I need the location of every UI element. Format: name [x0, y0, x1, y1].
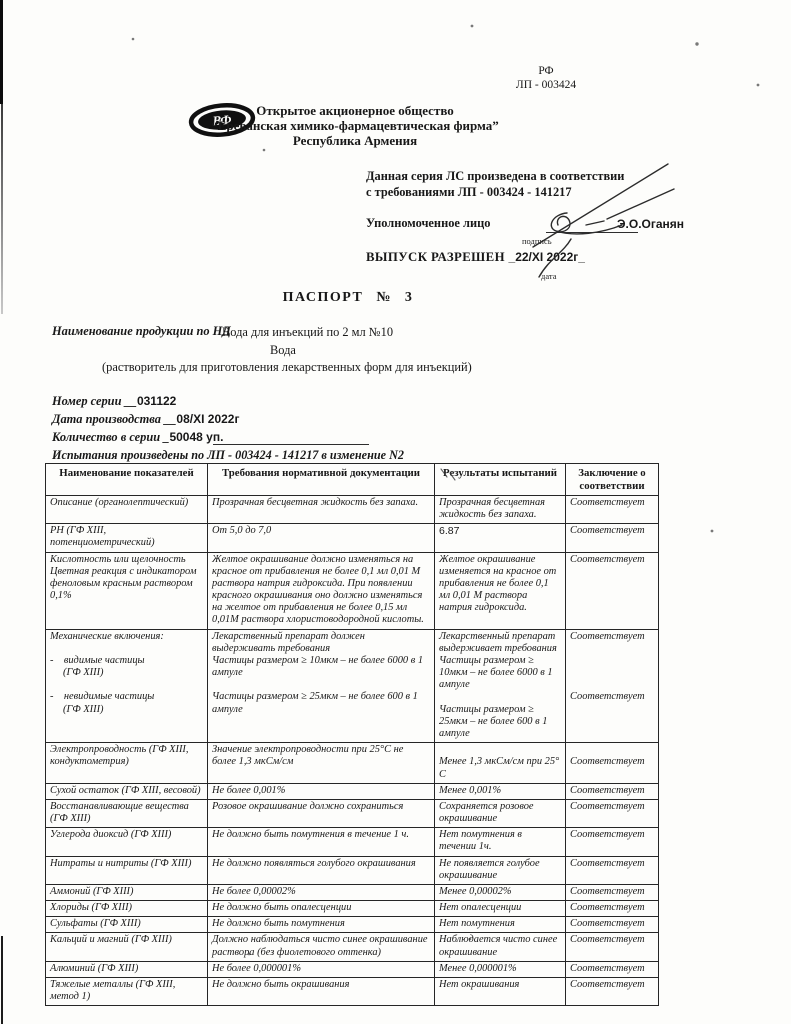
authorized-person-label: Уполномоченное лицо	[366, 216, 490, 231]
table-row: Кислотность или щелочность Цветная реакц…	[46, 552, 659, 629]
registration-number: ЛП - 003424	[490, 78, 602, 92]
quantity-blank-line	[213, 444, 369, 445]
cell-conclusion: Соответствует Соответствует	[566, 629, 659, 743]
signature-caption: подпись	[522, 236, 552, 246]
series-quantity-label: Количество в серии _	[52, 430, 169, 444]
cell-requirement: Прозрачная бесцветная жидкость без запах…	[208, 495, 435, 523]
cell-parameter: РН (ГФ XIII, потенциометрический)	[46, 524, 208, 552]
cell-result: Нет окрашивания	[435, 977, 566, 1005]
cell-conclusion: Соответствует	[566, 743, 659, 784]
product-name-value: Вода для инъекций по 2 мл №10	[222, 325, 393, 340]
cell-result: Нет опалесценции	[435, 901, 566, 917]
cell-conclusion: Соответствует	[566, 495, 659, 523]
cell-requirement: От 5,0 до 7,0	[208, 524, 435, 552]
company-name: “Ереванская химико-фармацевтическая фирм…	[198, 119, 512, 134]
production-date-row: Дата производства __08/XI 2022г	[52, 412, 239, 427]
table-row: Хлориды (ГФ XIII) Не должно быть опалесц…	[46, 901, 659, 917]
table-row: Описание (органолептический) Прозрачная …	[46, 495, 659, 523]
cell-parameter: Механические включения: - видимые частиц…	[46, 629, 208, 743]
cell-result: Лекарственный препарат выдерживает требо…	[435, 629, 566, 743]
company-type: Открытое акционерное общество	[198, 104, 512, 119]
table-row: Электропроводность (ГФ XIII, кондуктомет…	[46, 743, 659, 784]
company-country: Республика Армения	[198, 134, 512, 149]
cell-conclusion: Соответствует	[566, 961, 659, 977]
cell-parameter: Хлориды (ГФ XIII)	[46, 901, 208, 917]
cell-requirement: Не более 0,00002%	[208, 884, 435, 900]
cell-parameter: Аммоний (ГФ XIII)	[46, 884, 208, 900]
certification-line-1: Данная серия ЛС произведена в соответств…	[366, 169, 624, 184]
company-block: Открытое акционерное общество “Ереванска…	[198, 104, 512, 148]
cell-result: Нет помутнения	[435, 917, 566, 933]
cell-result: 6.87	[435, 524, 566, 552]
table-row: Нитраты и нитриты (ГФ XIII) Не должно по…	[46, 856, 659, 884]
cell-conclusion: Соответствует	[566, 901, 659, 917]
scan-edge-artifact-middle	[1, 104, 3, 314]
cell-conclusion: Соответствует	[566, 828, 659, 856]
cell-conclusion: Соответствует	[566, 917, 659, 933]
cell-parameter: Сульфаты (ГФ XIII)	[46, 917, 208, 933]
cell-requirement: Не должно быть окрашивания	[208, 977, 435, 1005]
series-quantity-row: Количество в серии _50048 уп.	[52, 430, 223, 445]
qc-table: Наименование показателей Требования норм…	[45, 463, 659, 1006]
date-caption: дата	[541, 271, 556, 281]
cell-conclusion: Соответствует	[566, 799, 659, 827]
cell-requirement: Должно наблюдаться чисто синее окрашиван…	[208, 933, 435, 961]
batch-number-row: Номер серии __031122	[52, 394, 176, 409]
cell-parameter: Сухой остаток (ГФ XIII, весовой)	[46, 783, 208, 799]
release-date-value: _22/XI 2022г_	[509, 250, 585, 264]
cell-requirement: Желтое окрашивание должно изменяться на …	[208, 552, 435, 629]
cell-result: Менее 0,000001%	[435, 961, 566, 977]
cell-result: Менее 1,3 мкСм/см при 25° С	[435, 743, 566, 784]
table-row: Механические включения: - видимые частиц…	[46, 629, 659, 743]
cell-parameter: Кислотность или щелочность Цветная реакц…	[46, 552, 208, 629]
cell-requirement: Значение электропроводности при 25°С не …	[208, 743, 435, 784]
scan-edge-artifact-bottom	[1, 936, 3, 1024]
table-header-row: Наименование показателей Требования норм…	[46, 464, 659, 496]
signature-line	[546, 232, 638, 233]
table-row: Сульфаты (ГФ XIII) Не должно быть помутн…	[46, 917, 659, 933]
table-row: Тяжелые металлы (ГФ XIII, метод 1) Не до…	[46, 977, 659, 1005]
header-requirement: Требования нормативной документации	[208, 464, 435, 496]
cell-parameter: Описание (органолептический)	[46, 495, 208, 523]
production-date-value: 08/XI 2022г	[176, 412, 239, 426]
cell-parameter: Кальций и магний (ГФ XIII)	[46, 933, 208, 961]
release-label: ВЫПУСК РАЗРЕШЕН	[366, 250, 505, 264]
production-date-label: Дата производства __	[52, 412, 176, 426]
cell-requirement: Не более 0,000001%	[208, 961, 435, 977]
cell-result: Не появляется голубое окрашивание	[435, 856, 566, 884]
cell-result: Прозрачная бесцветная жидкость без запах…	[435, 495, 566, 523]
cell-conclusion: Соответствует	[566, 977, 659, 1005]
cell-result: Менее 0,00002%	[435, 884, 566, 900]
cell-parameter: Восстанавливающие вещества (ГФ XIII)	[46, 799, 208, 827]
registration-region: РФ	[490, 64, 602, 78]
table-row: Восстанавливающие вещества (ГФ XIII) Роз…	[46, 799, 659, 827]
certification-line-2: с требованиями ЛП - 003424 - 141217	[366, 185, 572, 200]
cell-conclusion: Соответствует	[566, 856, 659, 884]
cell-result: Наблюдается чисто синее окрашивание	[435, 933, 566, 961]
qc-table-wrapper: Наименование показателей Требования норм…	[45, 463, 659, 1006]
cell-requirement: Розовое окрашивание должно сохраниться	[208, 799, 435, 827]
cell-conclusion: Соответствует	[566, 933, 659, 961]
cell-conclusion: Соответствует	[566, 552, 659, 629]
table-row: Углерода диоксид (ГФ XIII) Не должно быт…	[46, 828, 659, 856]
cell-parameter: Электропроводность (ГФ XIII, кондуктомет…	[46, 743, 208, 784]
cell-parameter: Алюминий (ГФ XIII)	[46, 961, 208, 977]
tests-performed-line: Испытания произведены по ЛП - 003424 - 1…	[52, 448, 404, 463]
table-row: Аммоний (ГФ XIII) Не более 0,00002% Мене…	[46, 884, 659, 900]
cell-requirement: Не должно быть опалесценции	[208, 901, 435, 917]
release-line: ВЫПУСК РАЗРЕШЕН _22/XI 2022г_	[366, 250, 585, 265]
authorized-person-name: Э.О.Оганян	[617, 217, 684, 231]
batch-number-label: Номер серии __	[52, 394, 137, 408]
cell-result: Менее 0,001%	[435, 783, 566, 799]
table-row: Кальций и магний (ГФ XIII) Должно наблюд…	[46, 933, 659, 961]
page-title: ПАСПОРТ № 3	[48, 290, 648, 306]
cell-conclusion: Соответствует	[566, 783, 659, 799]
cell-requirement: Не должно быть помутнения	[208, 917, 435, 933]
table-row: РН (ГФ XIII, потенциометрический) От 5,0…	[46, 524, 659, 552]
cell-requirement: Не должно появляться голубого окрашивани…	[208, 856, 435, 884]
registration-block: РФ ЛП - 003424	[490, 64, 602, 92]
cell-requirement: Лекарственный препарат должен выдерживат…	[208, 629, 435, 743]
cell-conclusion: Соответствует	[566, 884, 659, 900]
cell-result: Нет помутнения в течении 1ч.	[435, 828, 566, 856]
table-row: Сухой остаток (ГФ XIII, весовой) Не боле…	[46, 783, 659, 799]
product-name-label: Наименование продукции по НД	[52, 324, 231, 339]
scan-edge-artifact-top	[0, 0, 3, 104]
cell-result: Сохраняется розовое окрашивание	[435, 799, 566, 827]
header-parameter: Наименование показателей	[46, 464, 208, 496]
product-note: (растворитель для приготовления лекарств…	[102, 360, 472, 375]
header-result: Результаты испытаний	[435, 464, 566, 496]
cell-requirement: Не более 0,001%	[208, 783, 435, 799]
batch-number-value: 031122	[137, 394, 176, 408]
cell-parameter: Тяжелые металлы (ГФ XIII, метод 1)	[46, 977, 208, 1005]
product-short-name: Вода	[270, 343, 296, 358]
series-quantity-value: 50048 уп.	[169, 430, 223, 444]
cell-result: Желтое окрашивание изменяется на красное…	[435, 552, 566, 629]
cell-requirement: Не должно быть помутнения в течение 1 ч.	[208, 828, 435, 856]
cell-parameter: Нитраты и нитриты (ГФ XIII)	[46, 856, 208, 884]
table-row: Алюминий (ГФ XIII) Не более 0,000001% Ме…	[46, 961, 659, 977]
cell-conclusion: Соответствует	[566, 524, 659, 552]
scanned-passport-document: РФ ЛП - 003424 ВФ Открытое акционерное о…	[0, 0, 791, 1024]
cell-parameter: Углерода диоксид (ГФ XIII)	[46, 828, 208, 856]
header-conclusion: Заключение о соответствии	[566, 464, 659, 496]
